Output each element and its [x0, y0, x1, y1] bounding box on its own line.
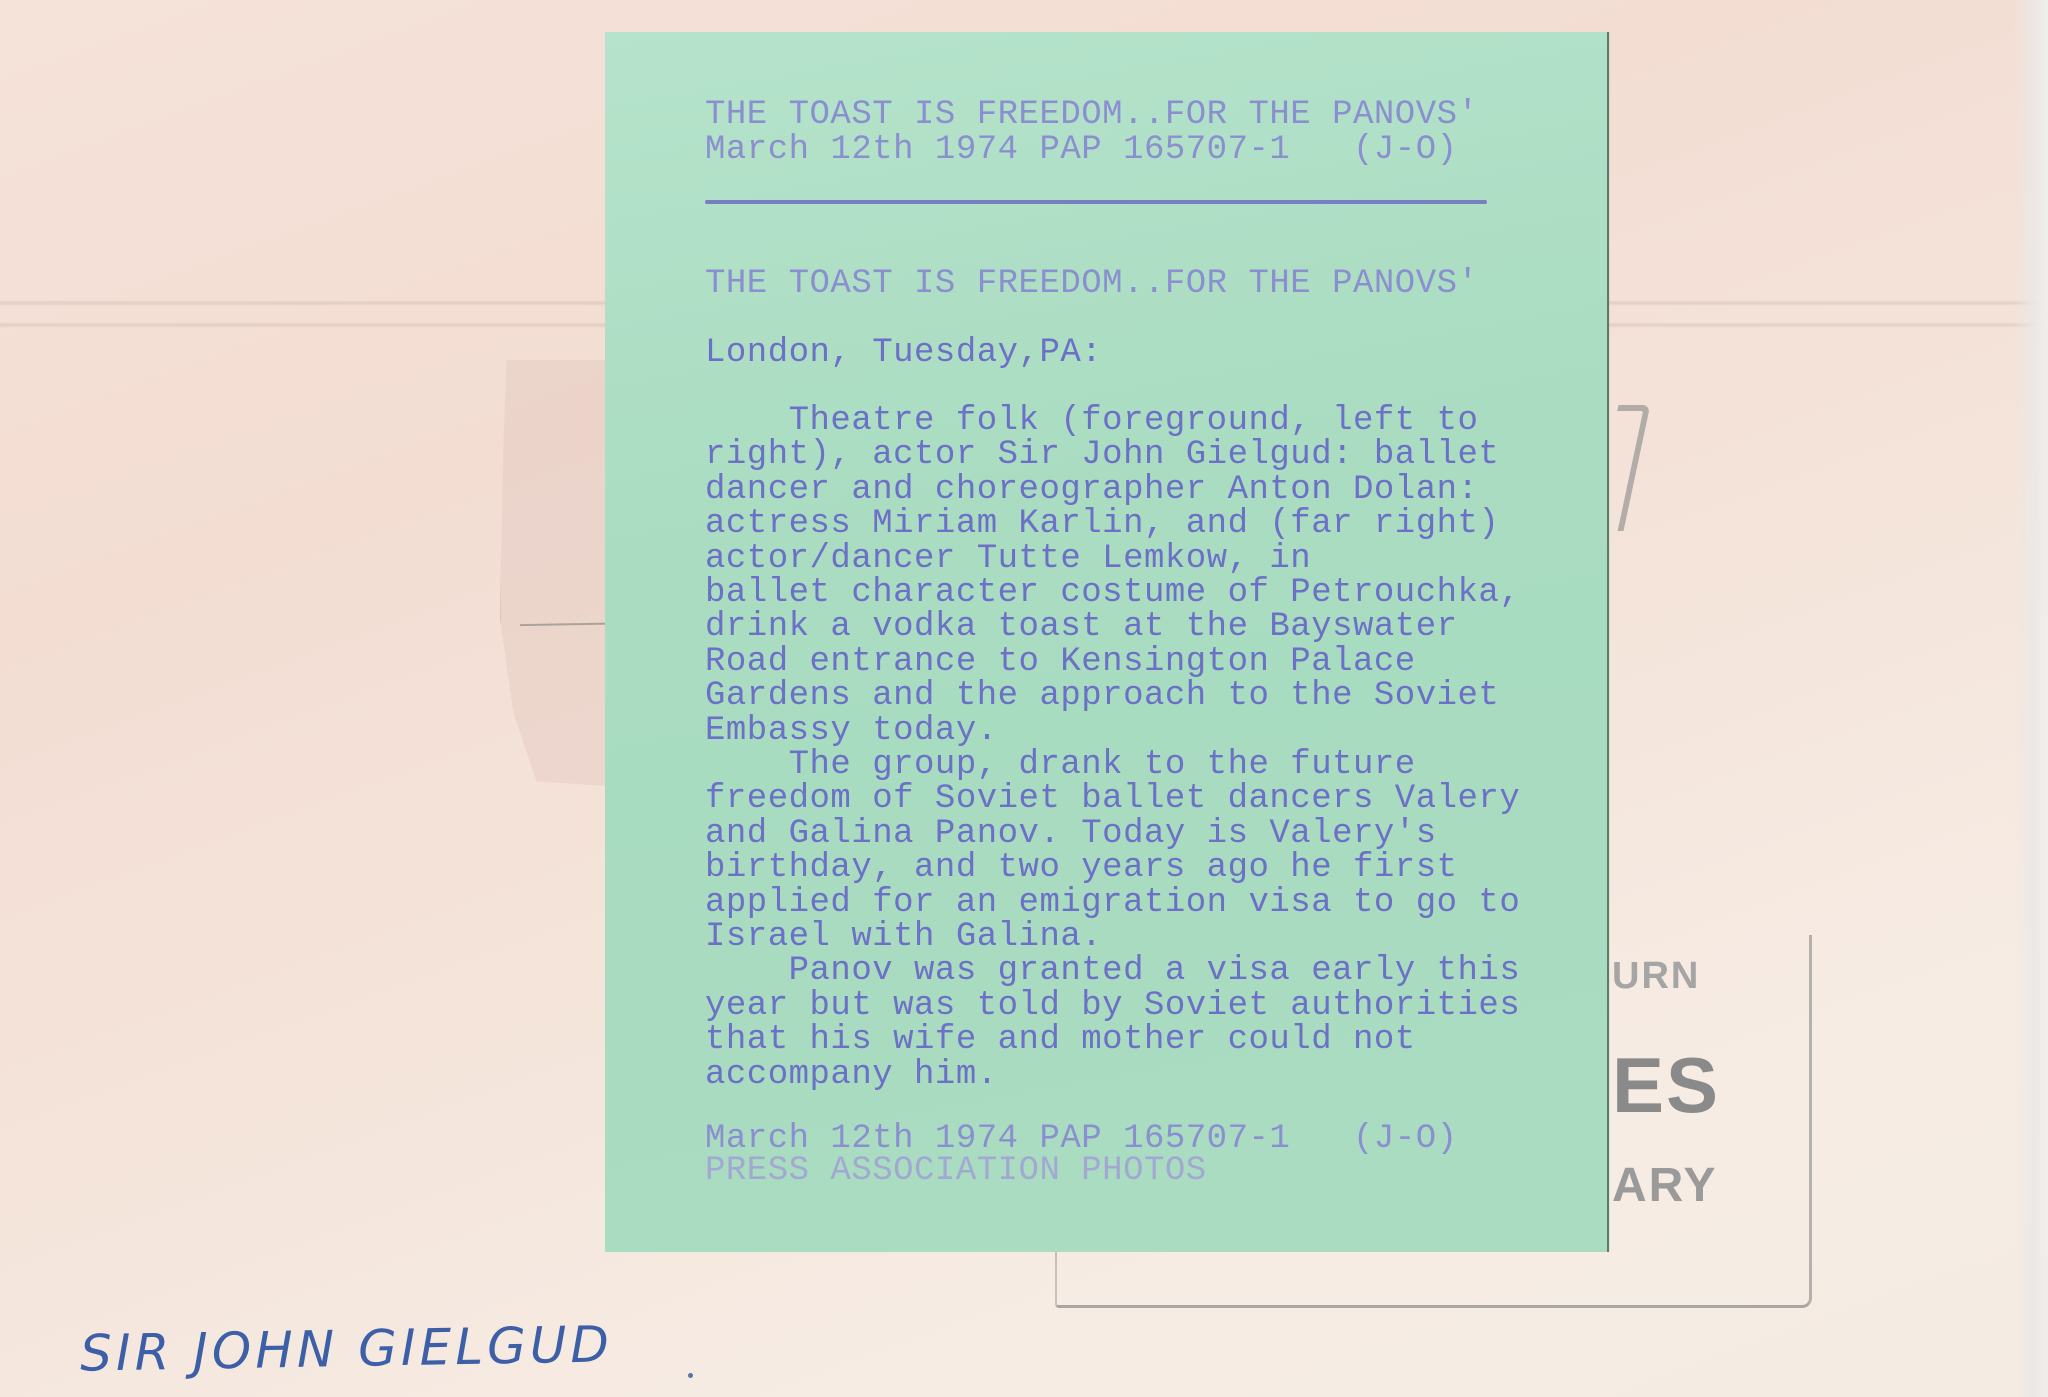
header-rule	[705, 200, 1487, 204]
caption-card: THE TOAST IS FREEDOM..FOR THE PANOVS' Ma…	[605, 32, 1609, 1252]
handwritten-signature: SIR JOHN GIELGUD	[80, 1315, 614, 1382]
paper-edge	[2014, 0, 2048, 1397]
ink-dot	[688, 1373, 693, 1378]
dateline: London, Tuesday,PA:	[705, 336, 1102, 370]
body-line: Embassy today.	[705, 714, 998, 748]
stamp-text-ary: ARY	[1612, 1158, 1718, 1213]
body-line: actress Miriam Karlin, and (far right)	[705, 507, 1499, 541]
body-line: freedom of Soviet ballet dancers Valery	[705, 782, 1520, 816]
body-line: Israel with Galina.	[705, 920, 1102, 954]
stamp-text-urn: URN	[1612, 955, 1700, 998]
body-line: right), actor Sir John Gielgud: ballet	[705, 438, 1499, 472]
footer-agency: PRESS ASSOCIATION PHOTOS	[705, 1154, 1207, 1188]
body-line: and Galina Panov. Today is Valery's	[705, 817, 1437, 851]
body-line: applied for an emigration visa to go to	[705, 886, 1520, 920]
body-line: ballet character costume of Petrouchka,	[705, 576, 1520, 610]
body-line: dancer and choreographer Anton Dolan:	[705, 473, 1478, 507]
body-line: accompany him.	[705, 1058, 998, 1092]
header-reference: March 12th 1974 PAP 165707-1 (J-O)	[705, 133, 1458, 167]
body-line: drink a vodka toast at the Bayswater	[705, 610, 1458, 644]
header-title: THE TOAST IS FREEDOM..FOR THE PANOVS'	[705, 98, 1478, 132]
body-line: The group, drank to the future	[705, 748, 1416, 782]
body-line: Gardens and the approach to the Soviet	[705, 679, 1499, 713]
stamp-text-es: ES	[1612, 1040, 1720, 1131]
headline: THE TOAST IS FREEDOM..FOR THE PANOVS'	[705, 267, 1478, 301]
body-line: that his wife and mother could not	[705, 1023, 1416, 1057]
body-line: actor/dancer Tutte Lemkow, in	[705, 542, 1311, 576]
body-line: Road entrance to Kensington Palace	[705, 645, 1416, 679]
body-line: Panov was granted a visa early this	[705, 954, 1520, 988]
body-line: year but was told by Soviet authorities	[705, 989, 1520, 1023]
body-line: birthday, and two years ago he first	[705, 851, 1458, 885]
body-line: Theatre folk (foreground, left to	[705, 404, 1478, 438]
